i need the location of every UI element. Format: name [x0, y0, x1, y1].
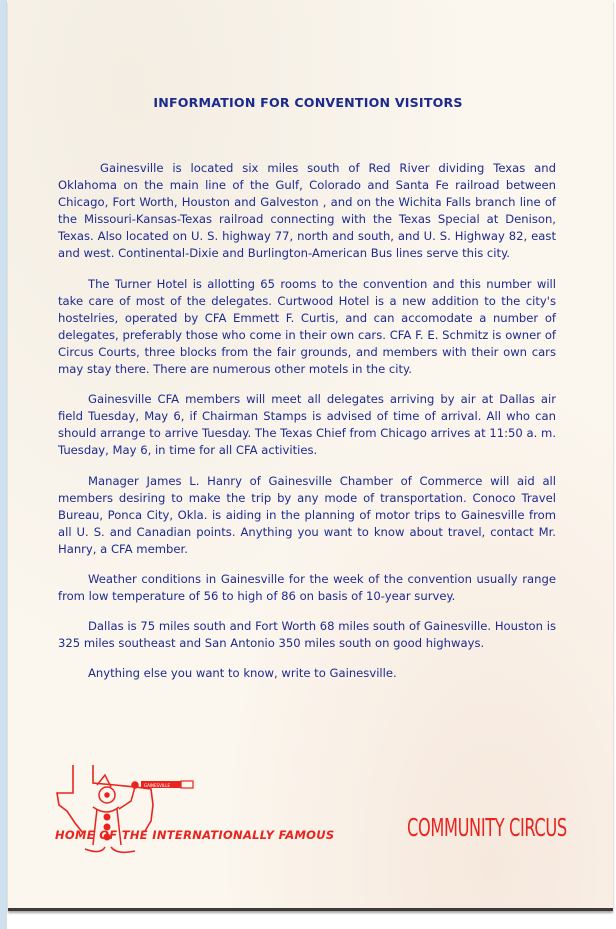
clown-on-texas-map-icon: GAINESVILLE — [55, 765, 205, 860]
document-title: INFORMATION FOR CONVENTION VISITORS — [0, 95, 616, 110]
paragraph-travel: Manager James L. Hanry of Gainesville Ch… — [58, 473, 556, 558]
paragraph-closing: Anything else you want to know, write to… — [58, 665, 556, 682]
scan-edge — [0, 0, 7, 929]
paragraph-arrivals: Gainesville CFA members will meet all de… — [58, 391, 556, 459]
footer-banner: GAINESVILLE HOME OF THE INTERNATIONALLY … — [55, 765, 575, 865]
tagline: HOME OF THE INTERNATIONALLY FAMOUS — [55, 828, 334, 842]
brand-name: COMMUNITY CIRCUS — [407, 813, 567, 842]
paragraph-location: Gainesville is located six miles south o… — [58, 160, 556, 263]
svg-text:GAINESVILLE: GAINESVILLE — [144, 783, 170, 788]
paragraph-weather: Weather conditions in Gainesville for th… — [58, 571, 556, 605]
paragraph-distances: Dallas is 75 miles south and Fort Worth … — [58, 618, 556, 652]
document-body: Gainesville is located six miles south o… — [58, 160, 556, 695]
paragraph-hotels: The Turner Hotel is allotting 65 rooms t… — [58, 276, 556, 379]
